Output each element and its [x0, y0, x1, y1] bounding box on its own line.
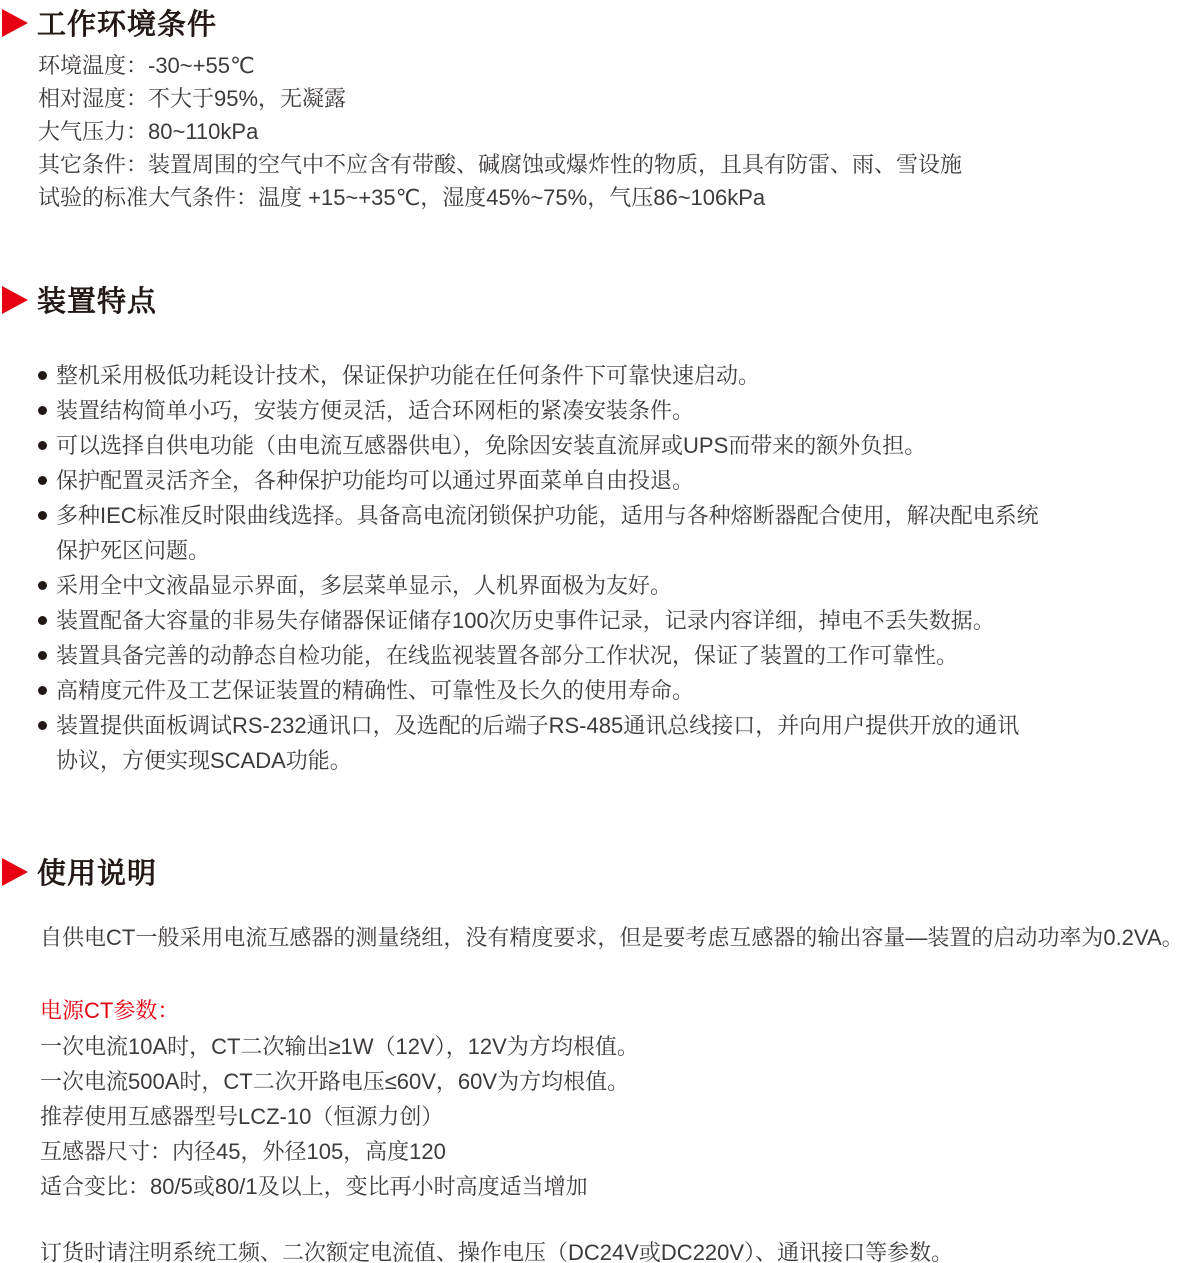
feature-item: 可以选择自供电功能（由电流互感器供电），免除因安装直流屏或UPS而带来的额外负担…: [36, 428, 1039, 463]
feature-item: 装置结构简单小巧，安装方便灵活，适合环网柜的紧凑安装条件。: [36, 393, 1039, 428]
feature-text: 装置具备完善的动静态自检功能，在线监视装置各部分工作状况，保证了装置的工作可靠性…: [56, 638, 958, 673]
bullet-icon: [38, 511, 47, 520]
feature-text: 整机采用极低功耗设计技术，保证保护功能在任何条件下可靠快速启动。: [56, 358, 760, 393]
env-condition-line: 试验的标准大气条件：温度 +15~+35℃，湿度45%~75%，气压86~106…: [38, 181, 962, 214]
ct-param-line: 一次电流10A时，CT二次输出≥1W（12V），12V为方均根值。: [40, 1029, 639, 1064]
bullet-icon: [38, 441, 47, 450]
env-condition-line: 其它条件：装置周围的空气中不应含有带酸、碱腐蚀或爆炸性的物质，且具有防雷、雨、雪…: [38, 148, 962, 181]
feature-item: 装置配备大容量的非易失存储器保证储存100次历史事件记录，记录内容详细，掉电不丢…: [36, 603, 1039, 638]
ct-param-line: 一次电流500A时，CT二次开路电压≤60V，60V为方均根值。: [40, 1064, 639, 1099]
feature-item: 整机采用极低功耗设计技术，保证保护功能在任何条件下可靠快速启动。: [36, 358, 1039, 393]
ct-param-line: 推荐使用互感器型号LCZ-10（恒源力创）: [40, 1099, 639, 1134]
red-triangle-icon: [2, 286, 28, 314]
feature-list: 整机采用极低功耗设计技术，保证保护功能在任何条件下可靠快速启动。 装置结构简单小…: [36, 358, 1039, 778]
bullet-icon: [38, 616, 47, 625]
bullet-icon: [38, 651, 47, 660]
feature-item: 保护配置灵活齐全，各种保护功能均可以通过界面菜单自由投退。: [36, 463, 1039, 498]
section-title-features: 装置特点: [37, 279, 157, 320]
feature-text: 高精度元件及工艺保证装置的精确性、可靠性及长久的使用寿命。: [56, 673, 694, 708]
ct-param-line: 互感器尺寸：内径45，外径105，高度120: [40, 1134, 639, 1169]
env-condition-line: 大气压力：80~110kPa: [38, 115, 962, 148]
section-title-usage: 使用说明: [37, 851, 157, 892]
bullet-icon: [38, 371, 47, 380]
ct-params-title: 电源CT参数：: [40, 994, 179, 1025]
feature-text: 装置结构简单小巧，安装方便灵活，适合环网柜的紧凑安装条件。: [56, 393, 694, 428]
ct-param-line: 适合变比：80/5或80/1及以上，变比再小时高度适当增加: [40, 1169, 639, 1204]
section-header-features: 装置特点: [0, 279, 157, 320]
usage-intro: 自供电CT一般采用电流互感器的测量绕组，没有精度要求，但是要考虑互感器的输出容量…: [40, 921, 1184, 954]
environment-conditions: 环境温度：-30~+55℃ 相对湿度：不大于95%，无凝露 大气压力：80~11…: [38, 49, 962, 214]
feature-item: 采用全中文液晶显示界面，多层菜单显示，人机界面极为友好。: [36, 568, 1039, 603]
bullet-icon: [38, 476, 47, 485]
feature-text: 装置提供面板调试RS-232通讯口，及选配的后端子RS-485通讯总线接口，并向…: [56, 708, 1019, 743]
feature-item: 装置具备完善的动静态自检功能，在线监视装置各部分工作状况，保证了装置的工作可靠性…: [36, 638, 1039, 673]
feature-item: 多种IEC标准反时限曲线选择。具备高电流闭锁保护功能，适用与各种熔断器配合使用，…: [36, 498, 1039, 568]
ct-params: 一次电流10A时，CT二次输出≥1W（12V），12V为方均根值。 一次电流50…: [40, 1029, 639, 1204]
bullet-icon: [38, 406, 47, 415]
section-title-environment: 工作环境条件: [37, 2, 217, 43]
order-note: 订货时请注明系统工频、二次额定电流值、操作电压（DC24V或DC220V）、通讯…: [40, 1236, 953, 1263]
red-triangle-icon: [2, 858, 28, 886]
feature-text: 保护配置灵活齐全，各种保护功能均可以通过界面菜单自由投退。: [56, 463, 694, 498]
feature-text: 保护死区问题。: [56, 533, 1039, 568]
bullet-icon: [38, 581, 47, 590]
bullet-icon: [38, 721, 47, 730]
feature-text: 多种IEC标准反时限曲线选择。具备高电流闭锁保护功能，适用与各种熔断器配合使用，…: [56, 498, 1039, 533]
feature-text: 协议，方便实现SCADA功能。: [56, 743, 1019, 778]
feature-item: 高精度元件及工艺保证装置的精确性、可靠性及长久的使用寿命。: [36, 673, 1039, 708]
feature-text: 装置配备大容量的非易失存储器保证储存100次历史事件记录，记录内容详细，掉电不丢…: [56, 603, 995, 638]
red-triangle-icon: [2, 9, 28, 37]
feature-item: 装置提供面板调试RS-232通讯口，及选配的后端子RS-485通讯总线接口，并向…: [36, 708, 1039, 778]
feature-text: 采用全中文液晶显示界面，多层菜单显示，人机界面极为友好。: [56, 568, 672, 603]
section-header-environment: 工作环境条件: [0, 2, 217, 43]
section-header-usage: 使用说明: [0, 851, 157, 892]
bullet-icon: [38, 686, 47, 695]
env-condition-line: 相对湿度：不大于95%，无凝露: [38, 82, 962, 115]
env-condition-line: 环境温度：-30~+55℃: [38, 49, 962, 82]
feature-text: 可以选择自供电功能（由电流互感器供电），免除因安装直流屏或UPS而带来的额外负担…: [56, 428, 926, 463]
